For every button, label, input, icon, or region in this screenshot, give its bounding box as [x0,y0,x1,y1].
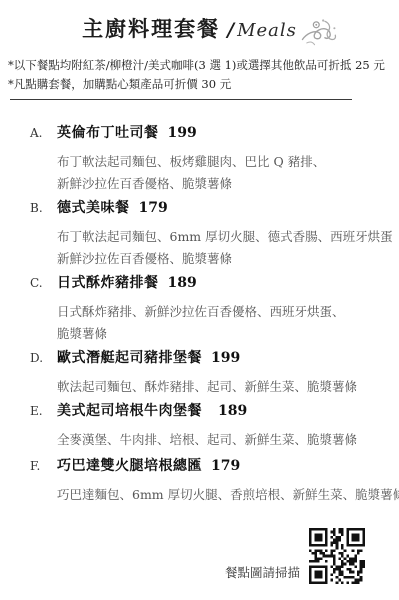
item-title: 英倫布丁吐司餐199 [57,124,399,143]
footnote-drinks: *以下餐點均附紅茶/柳橙汁/美式咖啡(3 選 1)或選擇其他飲品可折抵 25 元 [8,56,393,75]
scan-label: 餐點圖請掃描 [225,563,300,581]
footnotes: *以下餐點均附紅茶/柳橙汁/美式咖啡(3 選 1)或選擇其他飲品可折抵 25 元… [8,56,393,94]
title-separator: / [227,19,234,41]
page-title-en: Meals [237,20,297,41]
item-price: 189 [168,275,197,291]
item-letter: B. [30,201,43,215]
item-title: 美式起司培根牛肉堡餐189 [57,402,399,421]
menu-item-e: E. 美式起司培根牛肉堡餐189 全麥漢堡、牛肉排、培根、起司、新鮮生菜、脆漿薯… [0,402,399,451]
menu-item-d: D. 歐式潛艇起司豬排堡餐199 軟法起司麵包、酥炸豬排、起司、新鮮生菜、脆漿薯… [0,349,399,398]
item-price: 189 [218,403,247,419]
item-name: 巧巴達雙火腿培根總匯 [57,458,202,474]
item-name: 美式起司培根牛肉堡餐 [57,403,202,419]
item-description: 脆漿薯條 [57,323,399,345]
menu-item-b: B. 德式美味餐179 布丁軟法起司麵包、6mm 厚切火腿、德式香腸、西班牙烘蛋… [0,199,399,270]
menu-item-f: F. 巧巴達雙火腿培根總匯179 巧巴達麵包、6mm 厚切火腿、香煎培根、新鮮生… [0,457,399,506]
item-name: 歐式潛艇起司豬排堡餐 [57,350,202,366]
item-description: 新鮮沙拉佐百香優格、脆漿薯條 [57,248,399,270]
menu-list: A. 英倫布丁吐司餐199 布丁軟法起司麵包、板烤雞腿肉、巴比 Q 豬排、 新鮮… [0,124,399,506]
item-price: 199 [211,350,240,366]
menu-page: 主廚料理套餐 / Meals *以下餐點均附紅茶/柳橙汁/美式咖啡(3 選 1)… [0,0,399,600]
menu-item-c: C. 日式酥炸豬排餐189 日式酥炸豬排、新鮮沙拉佐百香優格、西班牙烘蛋、 脆漿… [0,274,399,345]
item-description: 巧巴達麵包、6mm 厚切火腿、香煎培根、新鮮生菜、脆漿薯條 [57,484,399,506]
menu-item-a: A. 英倫布丁吐司餐199 布丁軟法起司麵包、板烤雞腿肉、巴比 Q 豬排、 新鮮… [0,124,399,195]
footer: 餐點圖請掃描 [225,528,365,584]
item-description: 布丁軟法起司麵包、板烤雞腿肉、巴比 Q 豬排、 [57,151,399,173]
item-name: 德式美味餐 [57,200,130,216]
item-title: 巧巴達雙火腿培根總匯179 [57,457,399,476]
header-divider [10,99,352,100]
footnote-dessert-discount: *凡點購套餐，加購點心類產品可折價 30 元 [8,75,393,94]
item-price: 179 [139,200,168,216]
item-title: 歐式潛艇起司豬排堡餐199 [57,349,399,368]
item-price: 179 [211,458,240,474]
qr-code-icon [309,528,365,584]
item-title: 德式美味餐179 [57,199,399,218]
item-description: 新鮮沙拉佐百香優格、脆漿薯條 [57,173,399,195]
item-letter: F. [30,459,40,473]
item-letter: D. [30,351,43,365]
item-title: 日式酥炸豬排餐189 [57,274,399,293]
item-description: 全麥漢堡、牛肉排、培根、起司、新鮮生菜、脆漿薯條 [57,429,399,451]
item-price: 199 [168,125,197,141]
item-description: 布丁軟法起司麵包、6mm 厚切火腿、德式香腸、西班牙烘蛋 [57,226,399,248]
item-letter: E. [30,404,43,418]
item-description: 軟法起司麵包、酥炸豬排、起司、新鮮生菜、脆漿薯條 [57,376,399,398]
page-header: 主廚料理套餐 / Meals [10,13,399,49]
item-letter: C. [30,276,43,290]
item-letter: A. [30,126,42,140]
swirl-flourish-icon [299,17,337,53]
item-name: 日式酥炸豬排餐 [57,275,159,291]
page-title-zh: 主廚料理套餐 [82,13,220,43]
item-name: 英倫布丁吐司餐 [57,125,159,141]
item-description: 日式酥炸豬排、新鮮沙拉佐百香優格、西班牙烘蛋、 [57,301,399,323]
